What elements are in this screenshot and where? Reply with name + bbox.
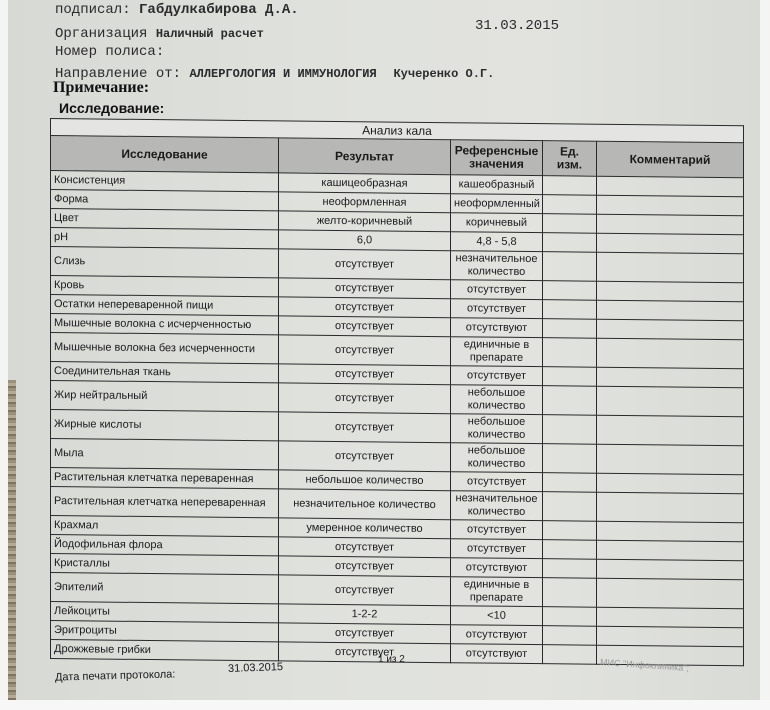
signed-line: подписал: Габдулкабирова Д.А. bbox=[55, 2, 299, 18]
unit-cell bbox=[543, 338, 597, 368]
result-value: 1-2-2 bbox=[279, 604, 451, 625]
test-name: Эритроциты bbox=[51, 621, 279, 642]
reference-value: коричневый bbox=[451, 213, 543, 233]
unit-cell bbox=[543, 386, 597, 416]
comment-cell bbox=[597, 444, 744, 475]
unit-cell bbox=[543, 540, 597, 560]
test-name: Слизь bbox=[51, 247, 279, 278]
unit-cell bbox=[543, 626, 597, 646]
reference-value: отсутствуют bbox=[451, 318, 543, 338]
reference-value: небольшое количество bbox=[451, 443, 543, 473]
test-name: Растительная клетчатка переваренная bbox=[51, 468, 279, 489]
unit-cell bbox=[543, 233, 597, 253]
study-label: Исследование: bbox=[59, 100, 164, 116]
unit-cell bbox=[543, 195, 597, 215]
result-value: незначительное количество bbox=[279, 489, 451, 520]
column-header: Ед. изм. bbox=[543, 141, 597, 177]
test-name: Лейкоциты bbox=[51, 602, 279, 623]
result-value: отсутствует bbox=[279, 441, 451, 472]
test-name: Остатки непереваренной пищи bbox=[51, 295, 279, 316]
comment-cell bbox=[597, 521, 744, 542]
test-name: Кровь bbox=[51, 276, 279, 297]
reference-value: отсутствуют bbox=[451, 558, 543, 578]
unit-cell bbox=[543, 473, 597, 493]
result-value: отсутствует bbox=[279, 383, 451, 414]
reference-value: кашеобразный bbox=[451, 175, 543, 195]
test-name: Растительная клетчатка непереваренная bbox=[51, 487, 279, 518]
test-name: Жирные кислоты bbox=[51, 410, 279, 441]
comment-cell bbox=[597, 252, 744, 283]
reference-value: отсутствуют bbox=[451, 644, 543, 664]
reference-value: отсутствует bbox=[451, 539, 543, 559]
comment-cell bbox=[597, 367, 744, 388]
comment-cell bbox=[597, 338, 744, 369]
result-value: отсутствует bbox=[279, 537, 451, 558]
reference-value: отсутствует bbox=[451, 280, 543, 300]
result-value: неоформленная bbox=[279, 192, 451, 213]
result-value: умеренное количество bbox=[279, 518, 451, 539]
print-date: 31.03.2015 bbox=[228, 661, 283, 675]
result-value: отсутствует bbox=[279, 297, 451, 318]
comment-cell bbox=[597, 578, 744, 609]
unit-cell bbox=[543, 281, 597, 301]
result-value: отсутствует bbox=[279, 335, 451, 366]
note-label: Примечание: bbox=[53, 79, 149, 97]
reference-value: единичные в препарате bbox=[451, 337, 543, 367]
signed-value: Габдулкабирова Д.А. bbox=[139, 2, 299, 18]
result-value: отсутствует bbox=[279, 575, 451, 606]
organization-value: Наличный расчет bbox=[156, 27, 264, 41]
signed-label: подписал: bbox=[55, 2, 131, 18]
comment-cell bbox=[597, 319, 744, 340]
reference-value: отсутствует bbox=[451, 299, 543, 319]
test-name: Йодофильная флора bbox=[51, 535, 279, 556]
test-name: Дрожжевые грибки bbox=[51, 640, 279, 661]
column-header: Комментарий bbox=[597, 141, 744, 178]
unit-cell bbox=[543, 645, 597, 665]
unit-cell bbox=[543, 300, 597, 320]
reference-value: <10 bbox=[451, 606, 543, 626]
comment-cell bbox=[597, 492, 744, 523]
referral-doctor: Кучеренко О.Г. bbox=[393, 67, 494, 81]
result-value: желто-коричневый bbox=[279, 211, 451, 232]
comment-cell bbox=[597, 540, 744, 561]
result-value: отсутствует bbox=[279, 412, 451, 443]
result-value: отсутствует bbox=[279, 364, 451, 385]
test-name: Цвет bbox=[51, 209, 279, 230]
reference-value: единичные в препарате bbox=[451, 577, 543, 607]
unit-cell bbox=[543, 521, 597, 541]
column-header: Исследование bbox=[51, 136, 279, 173]
unit-cell bbox=[543, 252, 597, 282]
reference-value: отсутствует bbox=[451, 520, 543, 540]
comment-cell bbox=[597, 176, 744, 197]
test-name: Форма bbox=[51, 190, 279, 211]
comment-cell bbox=[597, 195, 744, 216]
result-value: небольшое количество bbox=[279, 470, 451, 491]
referral-value: АЛЛЕРГОЛОГИЯ И ИММУНОЛОГИЯ bbox=[189, 67, 376, 81]
unit-cell bbox=[543, 578, 597, 608]
unit-cell bbox=[543, 415, 597, 445]
reference-value: незначительное количество bbox=[451, 251, 543, 281]
comment-cell bbox=[597, 386, 744, 417]
column-header: Референсные значения bbox=[451, 140, 543, 176]
unit-cell bbox=[543, 367, 597, 387]
organization-line: Организация Наличный расчет bbox=[55, 26, 264, 42]
test-name: Консистенция bbox=[51, 171, 279, 192]
test-name: Мышечные волокна без исчерченности bbox=[51, 333, 279, 364]
test-name: Кристаллы bbox=[51, 554, 279, 575]
unit-cell bbox=[543, 319, 597, 339]
comment-cell bbox=[597, 281, 744, 302]
reference-value: отсутствует bbox=[451, 472, 543, 492]
result-value: отсутствует bbox=[279, 249, 451, 280]
comment-cell bbox=[597, 626, 744, 647]
comment-cell bbox=[597, 300, 744, 321]
test-name: pH bbox=[51, 228, 279, 249]
comment-cell bbox=[597, 233, 744, 254]
reference-value: небольшое количество bbox=[451, 385, 543, 415]
bottom-margin bbox=[0, 700, 770, 710]
result-value: кашицеобразная bbox=[279, 173, 451, 194]
test-name: Жир нейтральный bbox=[51, 381, 279, 412]
reference-value: отсутствует bbox=[451, 366, 543, 386]
reference-value: небольшое количество bbox=[451, 414, 543, 444]
comment-cell bbox=[597, 607, 744, 628]
comment-cell bbox=[597, 559, 744, 580]
result-value: отсутствует bbox=[279, 278, 451, 299]
policy-label: Номер полиса: bbox=[55, 44, 164, 60]
test-name: Эпителий bbox=[51, 573, 279, 604]
comment-cell bbox=[597, 415, 744, 446]
unit-cell bbox=[543, 607, 597, 627]
unit-cell bbox=[543, 559, 597, 579]
unit-cell bbox=[543, 214, 597, 234]
reference-value: незначительное количество bbox=[451, 491, 543, 521]
unit-cell bbox=[543, 444, 597, 474]
result-value: отсутствует bbox=[279, 642, 451, 663]
test-name: Крахмал bbox=[51, 516, 279, 537]
test-name: Соединительная ткань bbox=[51, 362, 279, 383]
test-name: Мышечные волокна с исчерченностью bbox=[51, 314, 279, 335]
background-surface bbox=[8, 380, 16, 700]
organization-label: Организация bbox=[55, 26, 147, 42]
column-header: Результат bbox=[279, 138, 451, 175]
result-value: отсутствует bbox=[279, 316, 451, 337]
reference-value: отсутствуют bbox=[451, 625, 543, 645]
unit-cell bbox=[543, 176, 597, 196]
result-value: отсутствует bbox=[279, 623, 451, 644]
comment-cell bbox=[597, 473, 744, 494]
reference-value: 4,8 - 5,8 bbox=[451, 232, 543, 252]
page-number: 1 из 2 bbox=[378, 654, 405, 665]
test-name: Мыла bbox=[51, 439, 279, 470]
result-value: 6,0 bbox=[279, 230, 451, 251]
stool-analysis-table: Анализ кала ИсследованиеРезультатРеферен… bbox=[50, 118, 744, 666]
unit-cell bbox=[543, 492, 597, 522]
comment-cell bbox=[597, 214, 744, 235]
result-value: отсутствует bbox=[279, 556, 451, 577]
document-date: 31.03.2015 bbox=[475, 18, 559, 34]
reference-value: неоформленный bbox=[451, 194, 543, 214]
